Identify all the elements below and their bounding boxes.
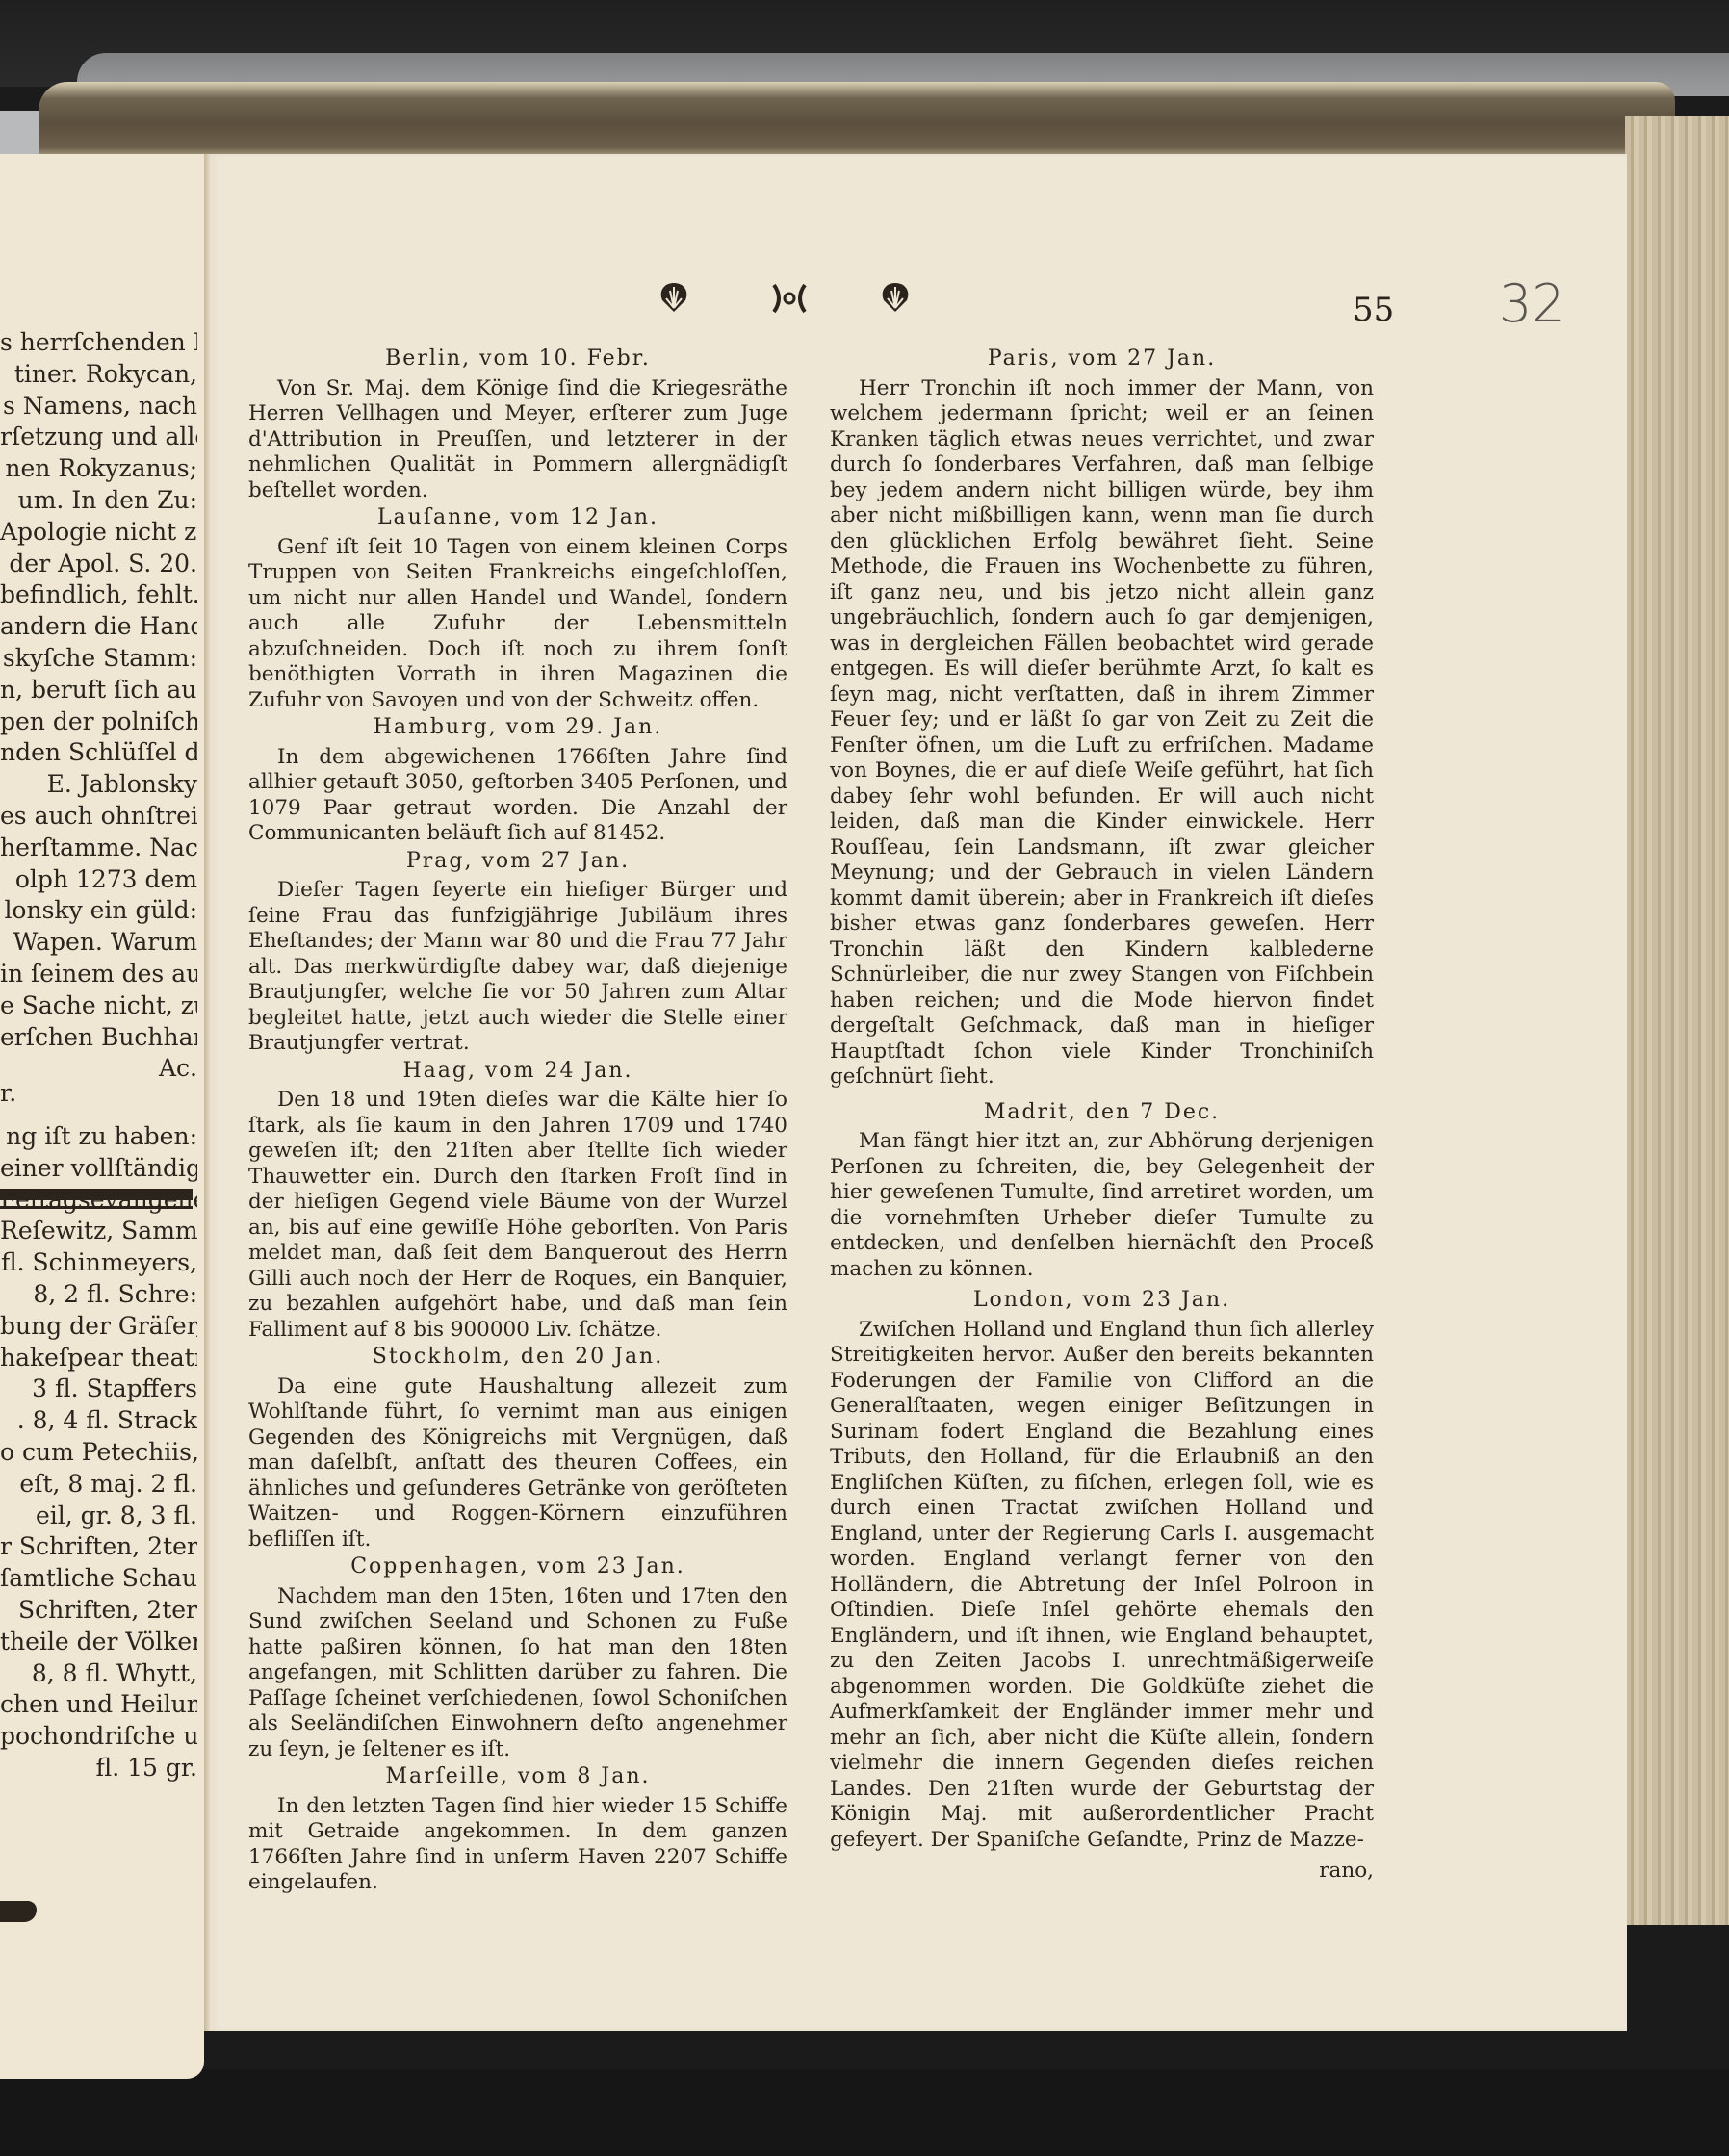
left-page-upper-text: s herrſchenden Kir: tiner. Rokycan, s Na…	[0, 327, 197, 1085]
article-text: Zwiſchen Holland und England thun ſich a…	[830, 1318, 1374, 1854]
dateline: Marſeille, vom 8 Jan.	[248, 1764, 787, 1790]
article-hamburg: Hamburg, vom 29. Jan. In dem abgewichene…	[248, 715, 787, 847]
article-text: Genf iſt ſeit 10 Tagen von einem kleinen…	[248, 535, 787, 714]
book-cover-cloth-left	[0, 111, 39, 154]
left-page: s herrſchenden Kir: tiner. Rokycan, s Na…	[0, 154, 204, 2079]
article-stockholm: Stockholm, den 20 Jan. Da eine gute Haus…	[248, 1345, 787, 1553]
article-text: Man fängt hier itzt an, zur Abhörung der…	[830, 1129, 1374, 1282]
dateline: Berlin, vom 10. Febr.	[248, 346, 787, 372]
shell-ornament-icon	[876, 279, 915, 318]
dateline: Haag, vom 24 Jan.	[248, 1059, 787, 1085]
folio-stamp: 32	[1499, 273, 1565, 334]
article-text: Da eine gute Haushaltung allezeit zum Wo…	[248, 1374, 787, 1553]
dateline: Madrit, den 7 Dec.	[830, 1100, 1374, 1126]
article-text: Nachdem man den 15ten, 16ten und 17ten d…	[248, 1584, 787, 1763]
dateline: Hamburg, vom 29. Jan.	[248, 715, 787, 741]
book-gutter	[204, 154, 212, 2031]
bracket-ornament-icon	[768, 279, 811, 318]
article-marseille: Marſeille, vom 8 Jan. In den letzten Tag…	[248, 1764, 787, 1896]
page-number: 55	[1353, 291, 1394, 329]
catchword: rano,	[830, 1859, 1374, 1885]
book-fore-edge	[1625, 115, 1729, 1925]
scan-background-bottom	[0, 2069, 1729, 2156]
article-coppenhagen: Coppenhagen, vom 23 Jan. Nachdem man den…	[248, 1554, 787, 1762]
left-page-heading-fragment: r.	[0, 1078, 58, 1110]
dateline: Lauſanne, vom 12 Jan.	[248, 505, 787, 531]
article-text: Von Sr. Maj. dem Könige ſind die Krieges…	[248, 376, 787, 504]
article-text: Dieſer Tagen feyerte ein hieſiger Bürger…	[248, 878, 787, 1057]
article-text: Den 18 und 19ten dieſes war die Kälte hi…	[248, 1088, 787, 1343]
article-haag: Haag, vom 24 Jan. Den 18 und 19ten dieſe…	[248, 1059, 787, 1344]
article-london: London, vom 23 Jan. Zwiſchen Holland und…	[830, 1288, 1374, 1853]
article-paris: Paris, vom 27 Jan. Herr Tronchin iſt noc…	[830, 346, 1374, 1091]
page-header-ornament	[655, 279, 1040, 327]
tailpiece-ornament	[0, 1901, 37, 1922]
article-prag: Prag, vom 27 Jan. Dieſer Tagen feyerte e…	[248, 849, 787, 1057]
article-text: In dem abgewichenen 1766ſten Jahre ſind …	[248, 745, 787, 847]
dateline: Stockholm, den 20 Jan.	[248, 1345, 787, 1371]
article-madrit: Madrit, den 7 Dec. Man fängt hier itzt a…	[830, 1100, 1374, 1283]
left-page-lower-text: ng iſt zu haben: einer vollſtändigen Feſ…	[0, 1121, 197, 1784]
article-berlin: Berlin, vom 10. Febr. Von Sr. Maj. dem K…	[248, 346, 787, 503]
dateline: Paris, vom 27 Jan.	[830, 346, 1374, 372]
article-text: In den letzten Tagen ſind hier wieder 15…	[248, 1794, 787, 1896]
dateline: London, vom 23 Jan.	[830, 1288, 1374, 1314]
column-left: Berlin, vom 10. Febr. Von Sr. Maj. dem K…	[248, 345, 787, 1896]
shell-ornament-icon	[655, 279, 693, 318]
dateline: Coppenhagen, vom 23 Jan.	[248, 1554, 787, 1580]
article-text: Herr Tronchin iſt noch immer der Mann, v…	[830, 376, 1374, 1091]
article-lausanne: Lauſanne, vom 12 Jan. Genf iſt ſeit 10 T…	[248, 505, 787, 713]
column-right: Paris, vom 27 Jan. Herr Tronchin iſt noc…	[830, 345, 1374, 1885]
dateline: Prag, vom 27 Jan.	[248, 849, 787, 875]
book-top-edge	[39, 82, 1675, 164]
